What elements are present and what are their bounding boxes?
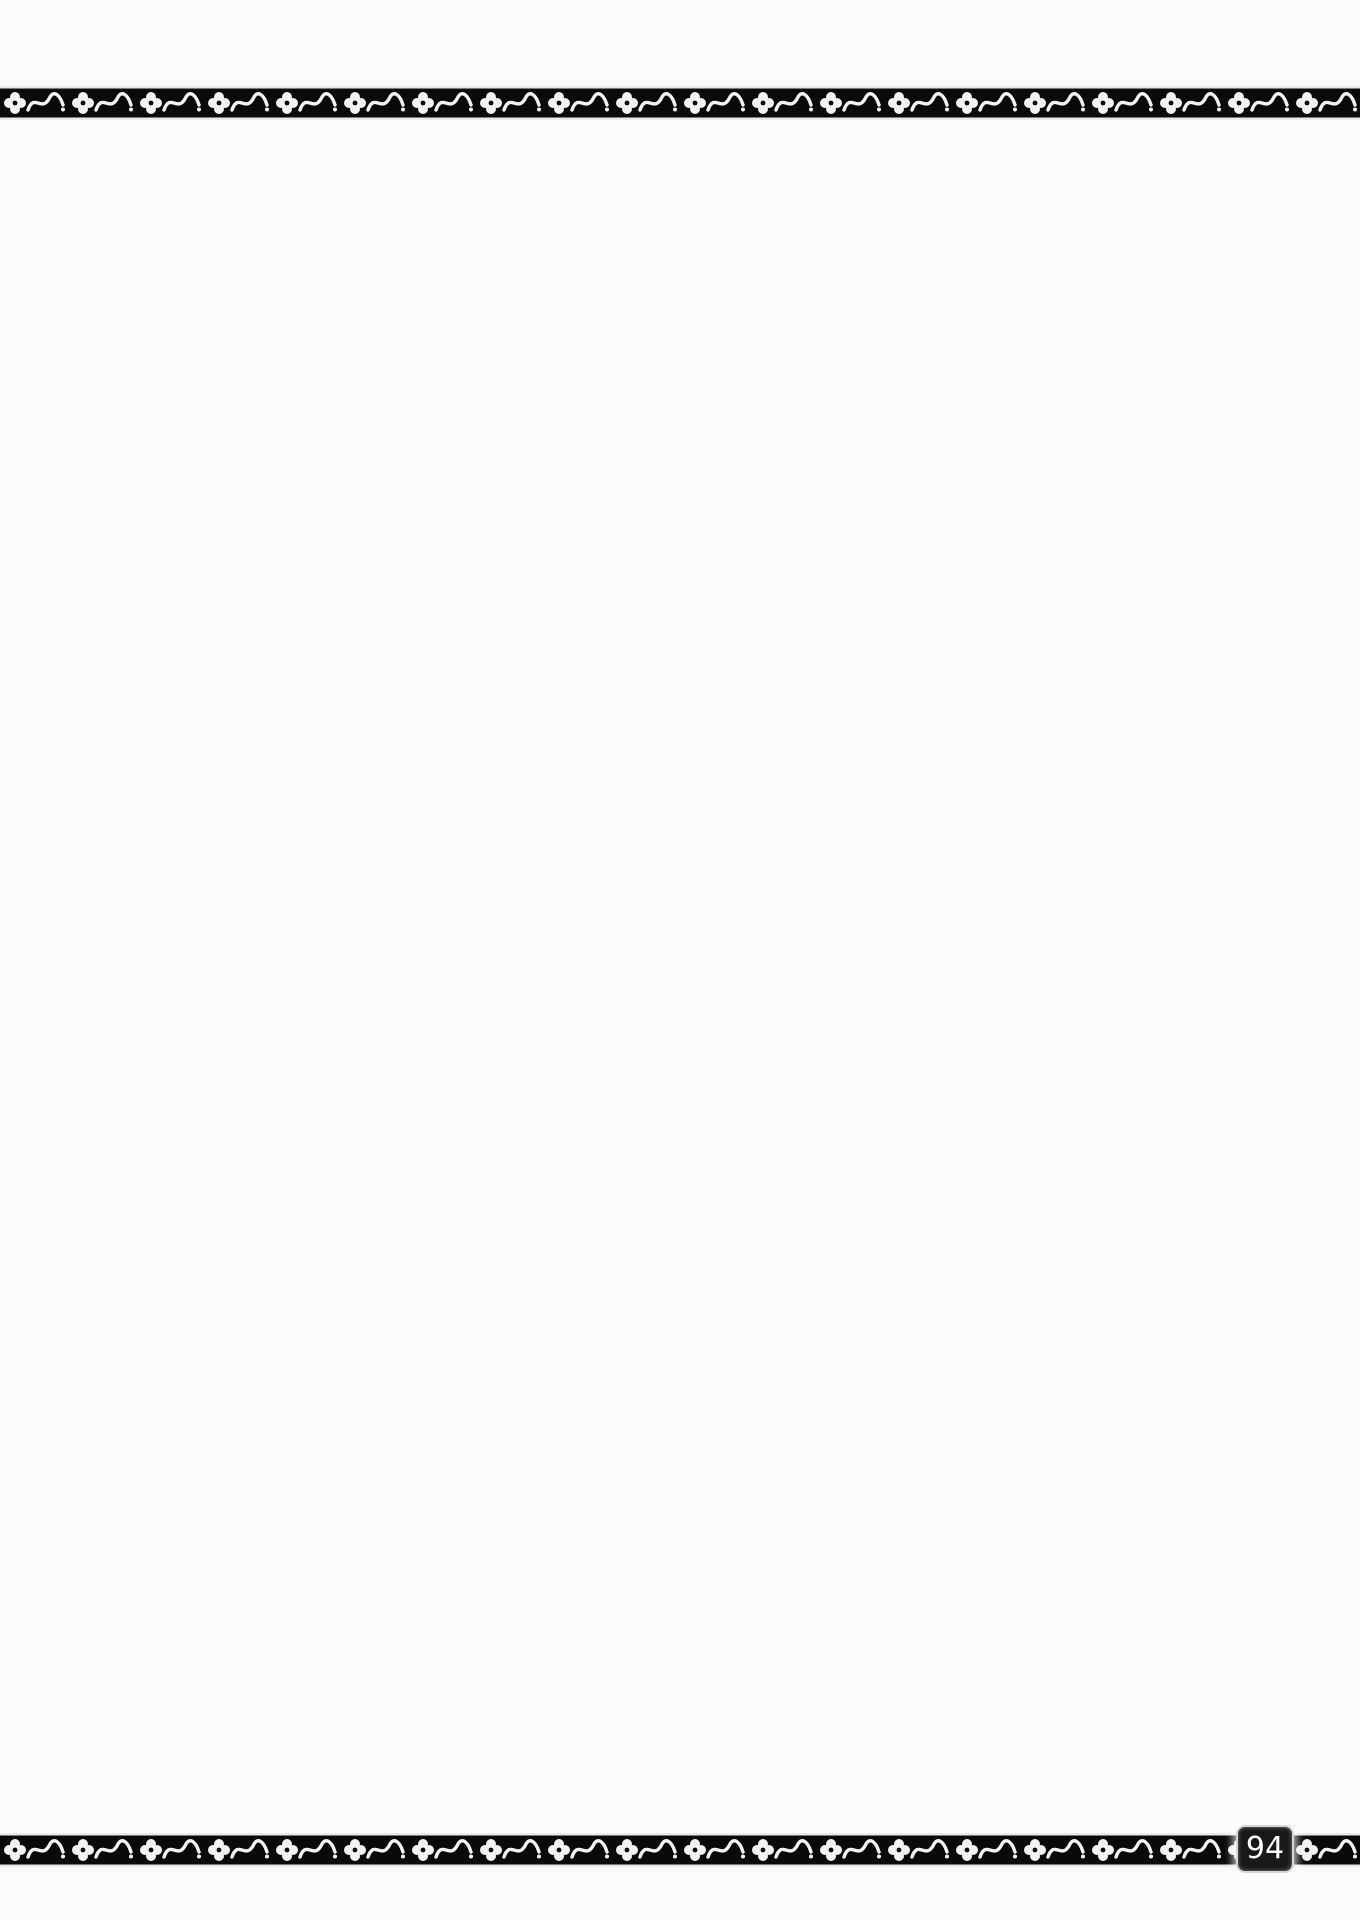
floral-ornament-border-bottom: 94 xyxy=(0,1833,1360,1867)
floral-pattern-icon xyxy=(0,86,1360,120)
page-number: 94 xyxy=(1246,1834,1284,1864)
page-number-badge: 94 xyxy=(1236,1825,1294,1873)
scanned-page xyxy=(0,0,1360,1920)
floral-ornament-border-top xyxy=(0,86,1360,120)
floral-pattern-icon xyxy=(0,1833,1360,1867)
